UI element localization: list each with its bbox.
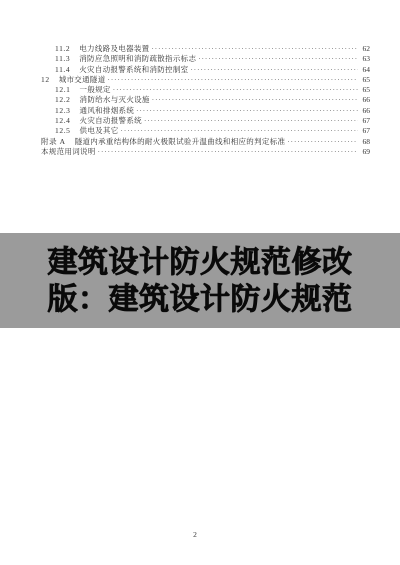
toc-dot-leader: ········································… (151, 45, 358, 53)
toc-dot-leader: ········································… (190, 66, 358, 74)
toc-section-number: 12.3 (55, 106, 71, 115)
toc-row: 12 城市交通隧道 ······························… (40, 74, 370, 84)
toc-dot-leader: ········································… (108, 76, 358, 84)
toc-page-number: 65 (360, 85, 370, 94)
toc-page-number: 64 (360, 65, 370, 74)
banner-title-line-2: 版：建筑设计防火规范 (48, 281, 353, 318)
toc-section-number: 11.3 (55, 54, 70, 63)
toc-section-title: 本规范用词说明 (41, 146, 96, 157)
toc-dot-leader: ········································… (287, 138, 358, 146)
title-banner: 建筑设计防火规范修改 版：建筑设计防火规范 (0, 233, 400, 328)
toc-dot-leader: ········································… (121, 127, 358, 135)
toc-row: 12.1 一般规定 ······························… (40, 84, 370, 94)
toc-row: 11.3 消防应急照明和消防疏散指示标志 ···················… (40, 53, 370, 63)
toc-section-number: 12.5 (55, 126, 71, 135)
toc-dot-leader: ········································… (98, 148, 358, 156)
toc-section-number: 12.1 (55, 85, 71, 94)
toc-section-number: 11.4 (55, 65, 70, 74)
toc-section-number: 12.2 (55, 95, 71, 104)
toc-section-number: 11.2 (55, 44, 70, 53)
toc-row: 12.5 供电及其它 ·····························… (40, 125, 370, 135)
toc-dot-leader: ········································… (113, 86, 358, 94)
toc-dot-leader: ········································… (136, 107, 358, 115)
toc-row: 11.2 电力线路及电器装置 ·························… (40, 43, 370, 53)
toc-dot-leader: ········································… (144, 117, 358, 125)
toc-page-number: 68 (360, 137, 370, 146)
toc-section-number: 12 (41, 75, 50, 84)
toc-row: 12.2 消防给水与灭火设施 ·························… (40, 94, 370, 104)
document-page: 11.2 电力线路及电器装置 ·························… (0, 0, 400, 565)
toc-page-number: 62 (360, 44, 370, 53)
toc-page-number: 67 (360, 116, 370, 125)
toc-page-number: 66 (360, 106, 370, 115)
toc-page-number: 69 (360, 147, 370, 156)
toc-section-title: 隧道内承重结构体的耐火极限试验升温曲线和相应的判定标准 (75, 136, 286, 147)
toc-dot-leader: ········································… (198, 55, 358, 63)
table-of-contents: 11.2 电力线路及电器装置 ·························… (40, 43, 370, 156)
toc-row: 附录 A 隧道内承重结构体的耐火极限试验升温曲线和相应的判定标准 ·······… (40, 136, 370, 146)
toc-row: 11.4 火灾自动报警系统和消防控制室 ····················… (40, 64, 370, 74)
banner-title-line-1: 建筑设计防火规范修改 (48, 244, 353, 281)
toc-dot-leader: ········································… (152, 96, 358, 104)
toc-page-number: 67 (360, 126, 370, 135)
toc-row: 12.3 通风和排烟系统 ···························… (40, 105, 370, 115)
toc-row: 本规范用词说明 ································… (40, 146, 370, 156)
toc-page-number: 66 (360, 95, 370, 104)
footer-page-number: 2 (0, 530, 390, 539)
toc-page-number: 65 (360, 75, 370, 84)
toc-row: 12.4 火灾自动报警系统 ··························… (40, 115, 370, 125)
toc-section-number: 12.4 (55, 116, 71, 125)
toc-page-number: 63 (360, 54, 370, 63)
